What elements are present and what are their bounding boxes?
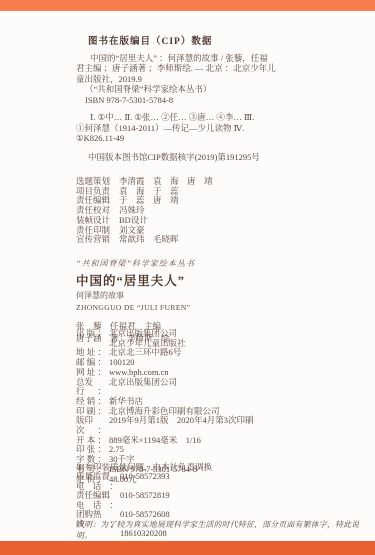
publication-value: 2019年9月第1版 2020年4月第3次印刷 (109, 416, 254, 426)
series-name: “共和国脊梁”科学家绘本丛书 (76, 258, 195, 269)
service-label: 责任编辑电话： (76, 491, 118, 510)
credit-names: 李清霞 袁 海 唐 靖 (119, 176, 213, 186)
publication-label: 总发行： (76, 378, 106, 397)
book-subtitle: 何泽慧的故事 (76, 290, 195, 301)
publisher-statement: 声明：为了较为真实地展现科学家生活的时代特征，部分页面有繁体字，特此说明。 (76, 519, 366, 541)
credit-names: 刘文豪 (119, 225, 145, 235)
credit-names: 冯姝玲 (119, 205, 145, 215)
book-title-pinyin: ZHONGGUO DE “JULI FUREN” (76, 303, 195, 312)
service-phone: 010-58572819 (120, 491, 170, 500)
isbn-line: ISBN 978-7-5301-5784-8 (76, 95, 328, 105)
publication-row: 版印次：2019年9月第1版 2020年4月第3次印刷 (76, 416, 254, 435)
top-orange-band (0, 0, 375, 11)
classification-line: ①何泽慧（1914-2011）—传记—少儿读物 Ⅳ. (76, 123, 328, 134)
credit-names: 袁 海 于 蕊 (119, 186, 179, 196)
cip-series-line: （“共和国脊梁”科学家绘本丛书） (76, 84, 328, 94)
credit-names: 于 蕊 唐 靖 (119, 195, 179, 205)
bottom-orange-band (0, 541, 375, 555)
classification-line: Ⅰ. ①中… Ⅱ. ①张… ②任… ③唐… ④李… Ⅲ. (76, 112, 328, 123)
cip-classification: Ⅰ. ①中… Ⅱ. ①张… ②任… ③唐… ④李… Ⅲ. ①何泽慧（1914-2… (76, 112, 328, 144)
cip-line: 中国的“居里夫人” ：何泽慧的故事 / 张藜，任福 (76, 53, 328, 63)
credit-row: 宣传营销常歆玮 毛晓晖 (76, 235, 213, 245)
cip-line: 君主编 ；唐子涵著 ；李师斯绘. — 北京 ：北京少年儿 (76, 63, 328, 73)
credit-names: BD设计 (119, 215, 148, 225)
publication-row: 总发行：北京出版集团公司 (76, 378, 254, 397)
credit-role: 宣传营销 (76, 235, 110, 245)
publication-label: 版印次： (76, 416, 106, 435)
cip-line: 童出版社，2019.9 (76, 74, 328, 84)
cip-record: 中国的“居里夫人” ：何泽慧的故事 / 张藜，任福 君主编 ；唐子涵著 ；李师斯… (76, 53, 328, 105)
service-row: 质量监督电话：010-58572393 (76, 472, 212, 491)
classification-line: ①K826.11-49 (76, 133, 328, 144)
credit-names: 常歆玮 毛晓晖 (119, 234, 179, 244)
book-title: 中国的“居里夫人” (76, 271, 195, 289)
cip-registration-number: 中国版本图书馆CIP数据核字(2019)第191295号 (88, 151, 260, 163)
service-phone: 010-58572393 (120, 472, 170, 481)
service-row: 责任编辑电话：010-58572819 (76, 491, 212, 510)
publication-label: 出版： (76, 329, 106, 339)
publication-info: 出版：北京出版集团公司 北京少年儿童出版社 地址：北京北三环中路6号 邮编：10… (76, 329, 254, 484)
publication-value: 北京出版集团公司 (109, 378, 177, 388)
cip-heading: 图书在版编目（CIP）数据 (88, 33, 212, 47)
staff-credits: 选题策划李清霞 袁 海 唐 靖 项目负责袁 海 于 蕊 责任编辑于 蕊 唐 靖 … (76, 177, 213, 245)
service-label: 质量监督电话： (76, 472, 118, 491)
